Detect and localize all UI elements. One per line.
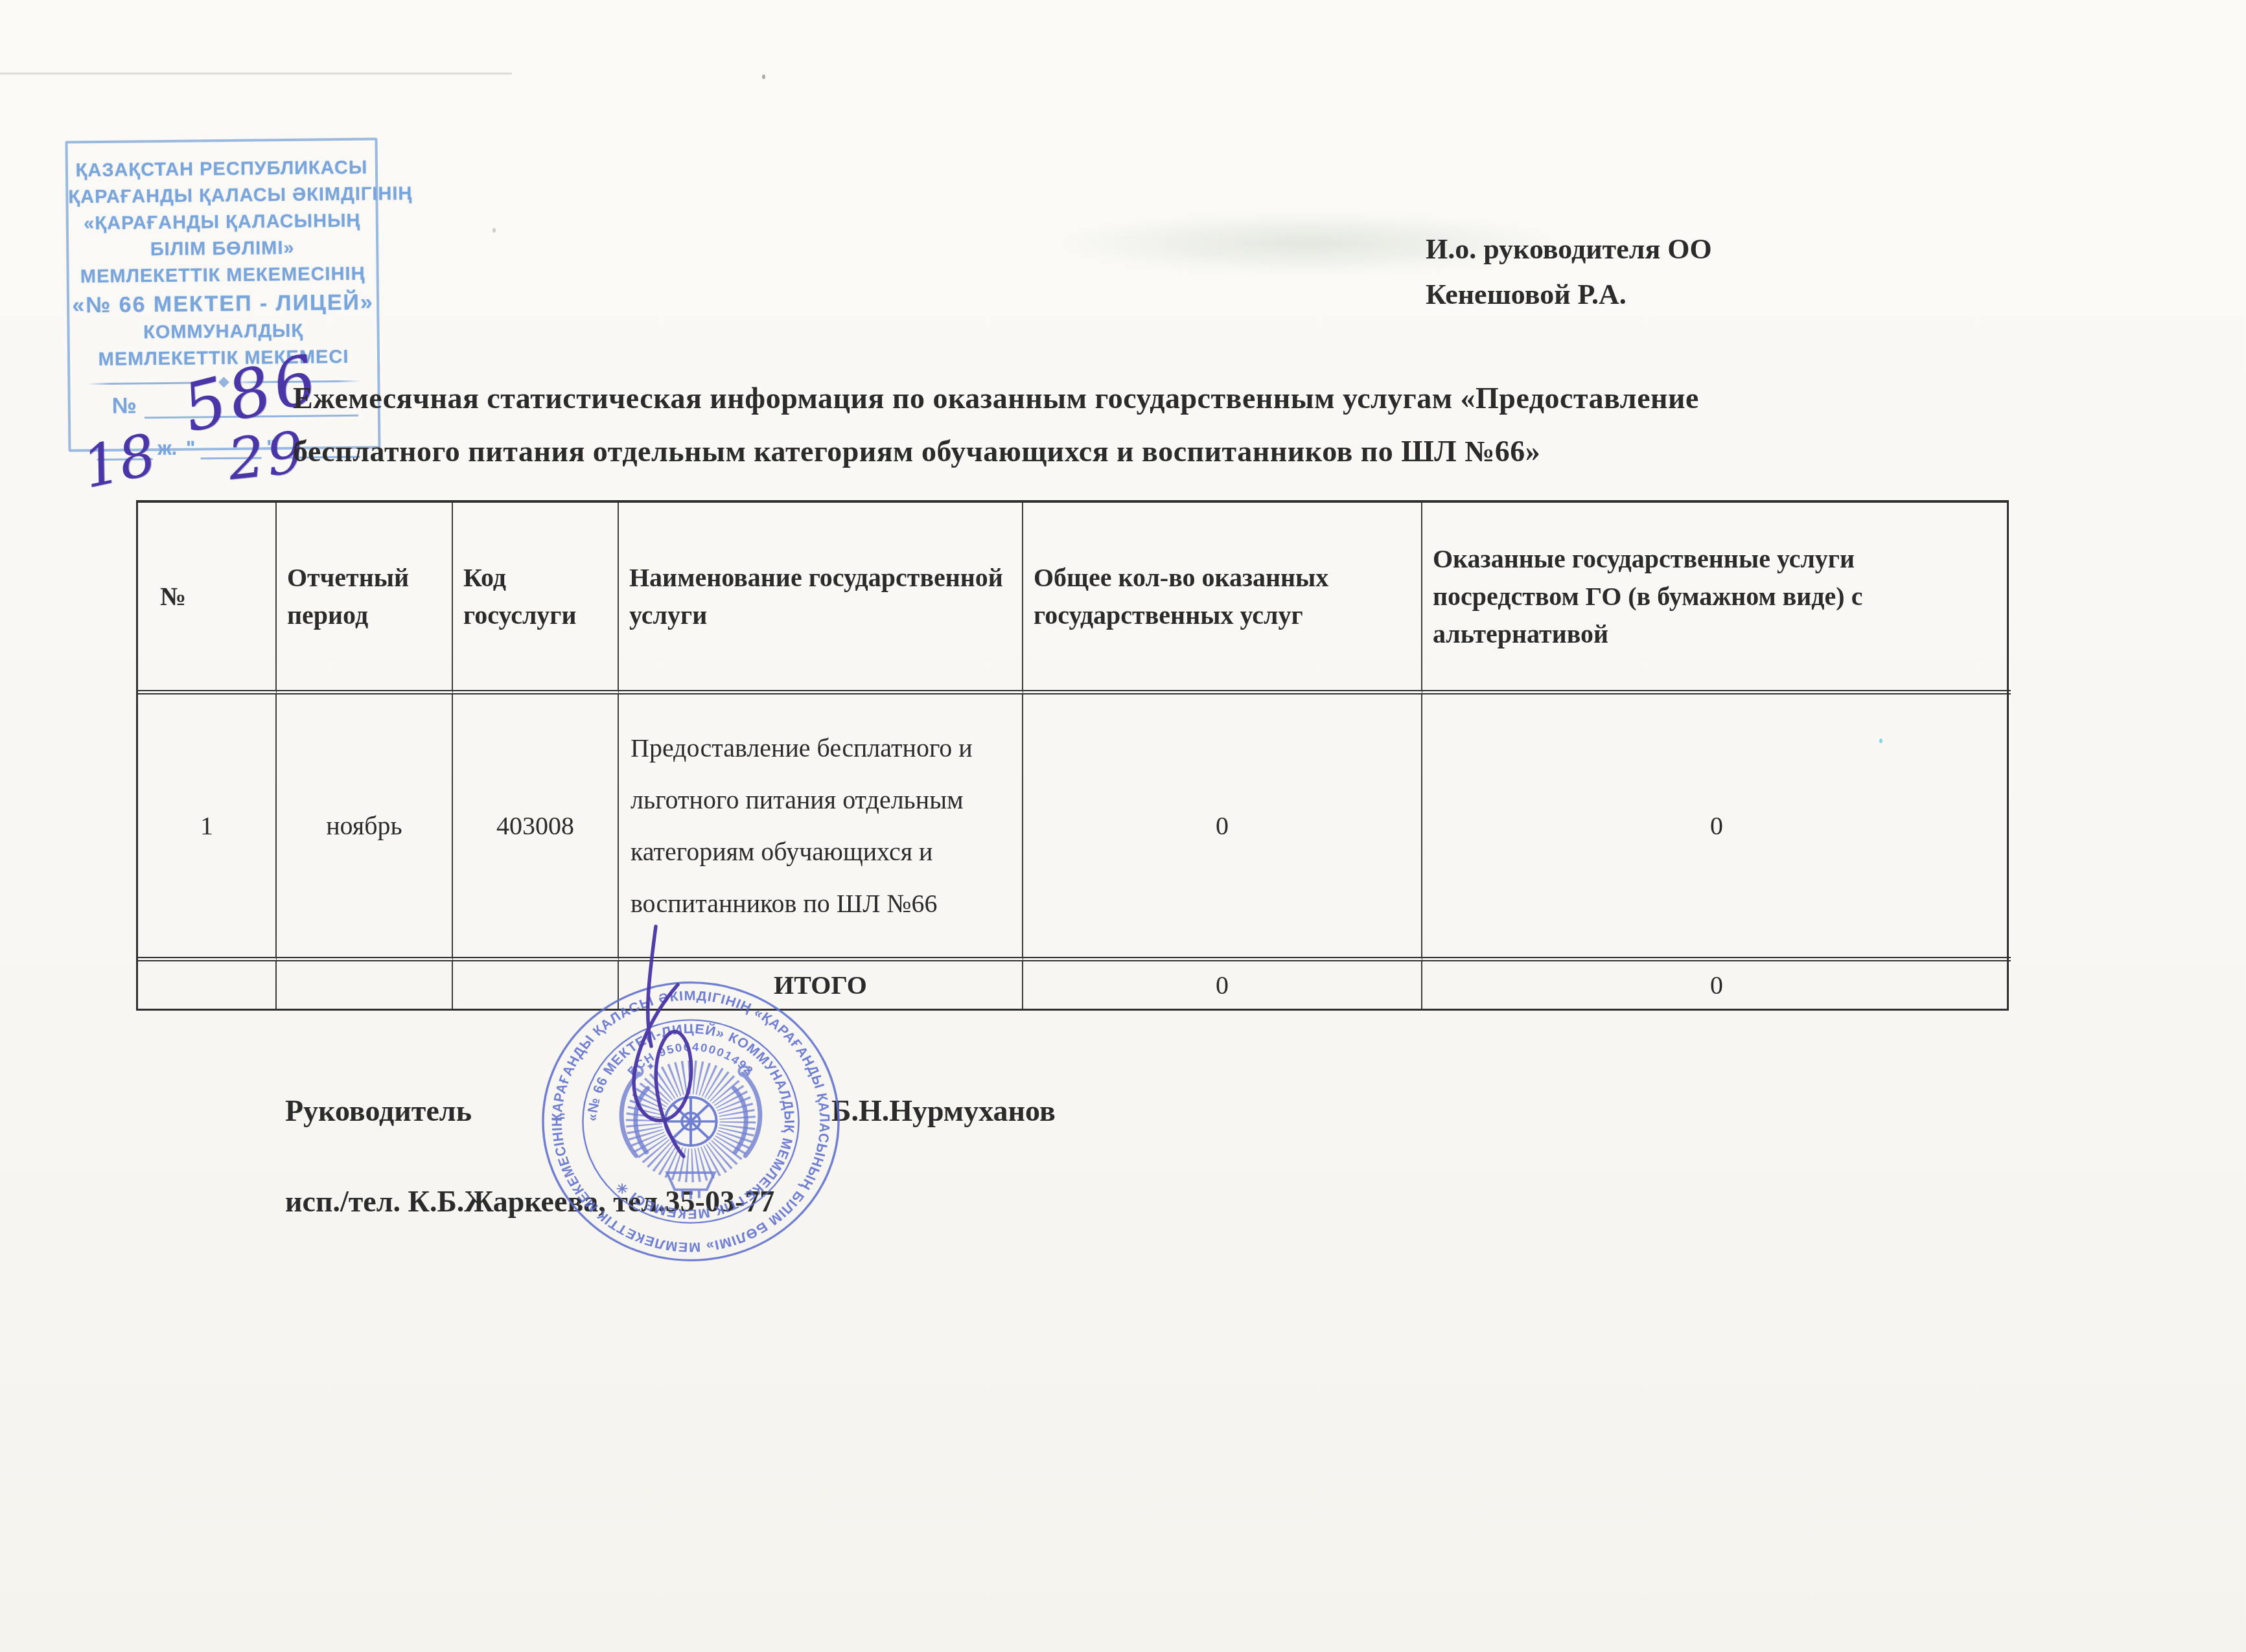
head-position-label: Руководитель [285, 1094, 472, 1128]
dust-speck [762, 75, 765, 79]
total-paper-value: 0 [1422, 961, 2011, 1009]
stamp-line: ҚАРАҒАНДЫ ҚАЛАСЫ ӘКІМДІГІНІҢ [68, 181, 375, 211]
col-header-name: Наименование государственной услуги [619, 503, 1023, 694]
stamp-line: ҚАЗАҚСТАН РЕСПУБЛИКАСЫ [68, 155, 375, 185]
signature-loop [634, 985, 691, 1156]
row-paper-count: 0 [1422, 694, 2011, 961]
col-header-period: Отчетный период [277, 503, 453, 694]
stamp-line: КОММУНАЛДЫҚ [69, 317, 376, 347]
approval-position: И.о. руководителя ОО [1426, 227, 1712, 272]
col-header-code: Код госуслуги [453, 503, 619, 694]
approval-block: И.о. руководителя ОО Кенешовой Р.А. [1426, 227, 1712, 317]
dust-speck [492, 228, 496, 233]
statistics-table: № Отчетный период Код госуслуги Наименов… [136, 500, 2009, 1011]
total-empty-cell [138, 961, 277, 1009]
stamp-line-school: «№ 66 МЕКТЕП - ЛИЦЕЙ» [69, 288, 376, 321]
total-count-value: 0 [1023, 961, 1422, 1009]
total-empty-cell [277, 961, 453, 1009]
document-title-line1: Ежемесячная статистическая информация по… [293, 381, 1699, 415]
scanned-document-page: ҚАЗАҚСТАН РЕСПУБЛИКАСЫ ҚАРАҒАНДЫ ҚАЛАСЫ … [0, 0, 2246, 1652]
col-header-num: № [138, 503, 277, 694]
handwritten-year: 18 [77, 420, 162, 501]
row-num: 1 [138, 694, 277, 961]
scanner-streak [0, 73, 512, 75]
stamp-line: БІЛІМ БӨЛІМІ» [69, 235, 376, 264]
stamp-date-suffix: ж. [157, 438, 177, 460]
stamp-number-label: № [112, 393, 137, 419]
approval-name: Кенешовой Р.А. [1426, 272, 1712, 317]
col-header-paper: Оказанные государственные услуги посредс… [1422, 503, 2011, 694]
handwritten-signature [583, 907, 791, 1179]
stamp-line: «ҚАРАҒАНДЫ ҚАЛАСЫНЫҢ [69, 208, 376, 238]
row-period: ноябрь [277, 694, 453, 961]
document-title-line2: бесплатного питания отдельным категориям… [293, 434, 1540, 468]
col-header-total: Общее кол-во оказанных государственных у… [1023, 503, 1422, 694]
row-total-count: 0 [1023, 694, 1422, 961]
head-name: Б.Н.Нурмуханов [831, 1094, 1056, 1128]
stamp-line: МЕМЛЕКЕТТІК МЕКЕМЕСІНІҢ [69, 261, 376, 291]
